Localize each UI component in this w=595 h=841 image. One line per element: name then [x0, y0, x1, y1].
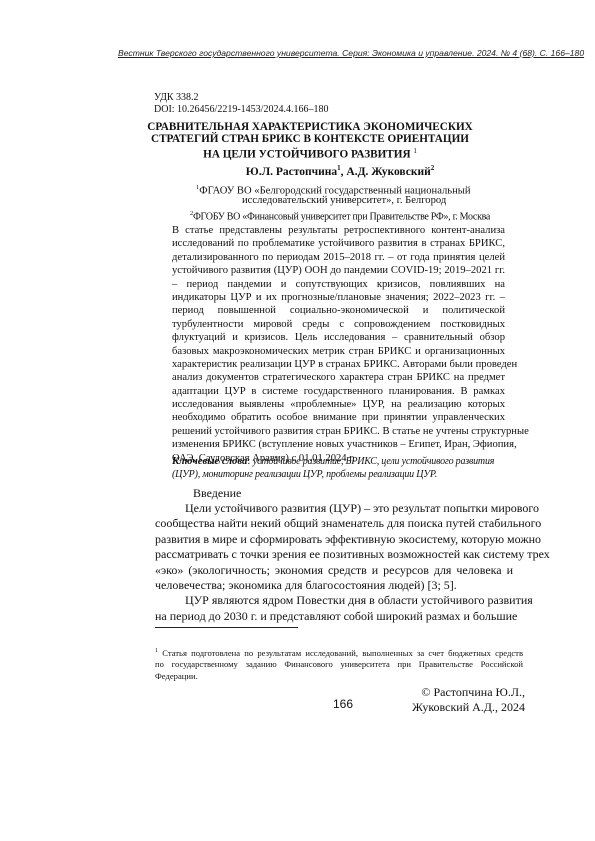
- footnote-line: Федерации.: [155, 671, 523, 682]
- article-title: СРАВНИТЕЛЬНАЯ ХАРАКТЕРИСТИКА ЭКОНОМИЧЕСК…: [140, 121, 480, 161]
- abstract-line: – период пандемии и сопутствующих кризис…: [172, 278, 505, 291]
- section-heading-introduction: Введение: [193, 486, 241, 501]
- abstract-line: базовых макроэкономических метрик стран …: [172, 345, 505, 358]
- abstract-line: В статье представлены результаты ретросп…: [172, 224, 505, 237]
- abstract-line: турбулентности мировой среды с сопровожд…: [172, 318, 505, 331]
- abstract-line: анализ документов стратегического характ…: [172, 371, 505, 384]
- abstract-line: адаптации ЦУР в системе государственного…: [172, 385, 505, 398]
- title-line: СТРАТЕГИЙ СТРАН БРИКС В КОНТЕКСТЕ ОРИЕНТ…: [140, 133, 480, 145]
- paragraph-line: «эко» (экологичность; экономия средств и…: [155, 563, 513, 578]
- abstract-line: индикаторы ЦУР и их прогнозные/плановые …: [172, 291, 505, 304]
- paragraph-line: сообщества найти некий общий знаменатель…: [155, 516, 513, 531]
- footnote-line: по государственному заданию Финансового …: [155, 659, 523, 670]
- paragraph-line: Цели устойчивого развития (ЦУР) – это ре…: [155, 501, 513, 516]
- footnote: 1 Статья подготовлена по результатам исс…: [155, 646, 523, 682]
- author-mark: 2: [431, 164, 435, 172]
- paragraph-line: человечества; экономика для благосостоян…: [155, 578, 513, 593]
- title-footnote-mark: 1: [413, 147, 417, 155]
- doi: DOI: 10.26456/2219-1453/2024.4.166–180: [154, 104, 328, 116]
- affiliation-2: 2ФГОБУ ВО «Финансовый университет при Пр…: [190, 207, 490, 223]
- abstract-line: исследований по проблематике устойчивого…: [172, 237, 505, 250]
- affiliation-1-continued: исследовательский университет», г. Белго…: [242, 194, 446, 207]
- paragraph-line: ЦУР являются ядром Повестки дня в област…: [155, 593, 513, 608]
- keywords: Ключевые слова: устойчивое развитие, БРИ…: [172, 455, 505, 481]
- abstract-line: решений устойчивого развития стран БРИКС…: [172, 425, 505, 438]
- paragraph-line: рассматривать с точки зрения ее позитивн…: [155, 547, 513, 562]
- paragraph-line: развития в мире и сформировать эффективн…: [155, 532, 513, 547]
- keywords-list-continued: (ЦУР), мониторинг реализации ЦУР, пробле…: [172, 469, 437, 480]
- footnote-mark: 1: [155, 648, 158, 654]
- page-number: 166: [333, 697, 353, 711]
- author-name: Ю.Л. Растопчина: [246, 166, 337, 178]
- body-text: Цели устойчивого развития (ЦУР) – это ре…: [155, 501, 513, 624]
- authors: Ю.Л. Растопчина1, А.Д. Жуковский2: [140, 164, 540, 178]
- abstract-line: детализированного по периодам 2015–2018 …: [172, 251, 505, 264]
- keywords-label: Ключевые слова: [172, 456, 247, 467]
- footnote-line: 1 Статья подготовлена по результатам исс…: [155, 646, 523, 659]
- abstract-line: необходимо обратить особое внимание при …: [172, 411, 505, 424]
- abstract: В статье представлены результаты ретросп…: [172, 224, 505, 465]
- paragraph-line: на период до 2030 г. и представляют собо…: [155, 609, 513, 624]
- udk-code: УДК 338.2: [154, 92, 199, 104]
- abstract-line: изменения БРИКС (вступление новых участн…: [172, 438, 505, 451]
- copyright: © Растопчина Ю.Л., Жуковский А.Д., 2024: [412, 685, 525, 715]
- abstract-line: исследования выявлены «проблемные» ЦУР, …: [172, 398, 505, 411]
- abstract-line: флуктуаций и кризисов. Цель исследования…: [172, 331, 505, 344]
- keywords-list: устойчивое развитие, БРИКС, цели устойчи…: [253, 456, 494, 467]
- abstract-line: устойчивого развития (ЦУР) ООН до пандем…: [172, 264, 505, 277]
- title-line: СРАВНИТЕЛЬНАЯ ХАРАКТЕРИСТИКА ЭКОНОМИЧЕСК…: [140, 121, 480, 133]
- footnote-divider: [155, 627, 298, 628]
- abstract-line: период повышенной социально-экономическо…: [172, 304, 505, 317]
- abstract-line: характеристик реализации ЦУР в странах Б…: [172, 358, 505, 371]
- title-line: НА ЦЕЛИ УСТОЙЧИВОГО РАЗВИТИЯ 1: [140, 145, 480, 161]
- running-head: Вестник Тверского государственного униве…: [118, 48, 556, 58]
- author-name: А.Д. Жуковский: [346, 166, 430, 178]
